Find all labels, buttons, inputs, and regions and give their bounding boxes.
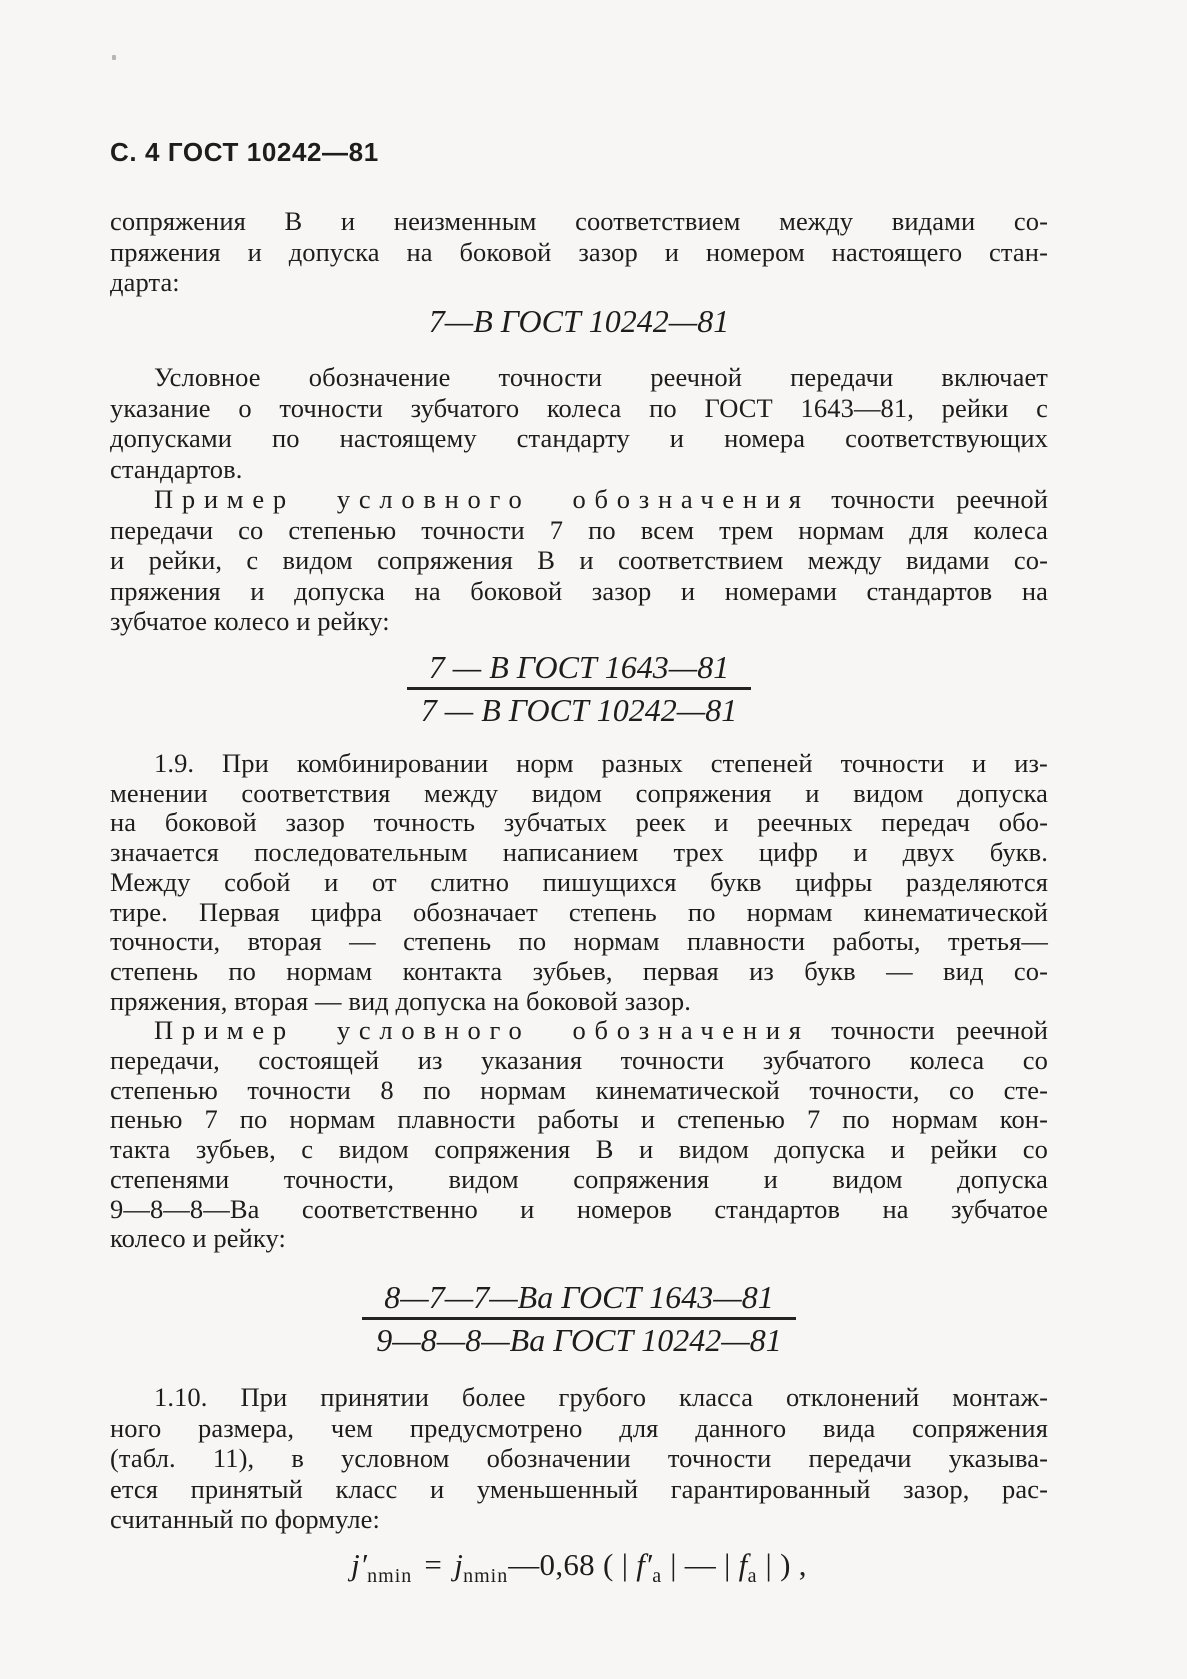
document-page: С. 4 ГОСТ 10242—81 сопряжения В и неизме… (0, 0, 1187, 1679)
text-line: на боковой зазор точность зубчатых реек … (110, 808, 1048, 838)
fraction-denominator: 9—8—8—Ва ГОСТ 10242—81 (362, 1317, 795, 1357)
text-line: (табл. 11), в условном обозначении точно… (110, 1443, 1048, 1474)
text-line: ется принятый класс и уменьшенный гарант… (110, 1474, 1048, 1505)
fraction-numerator: 8—7—7—Ва ГОСТ 1643—81 (362, 1280, 795, 1317)
text-line: сопряжения В и неизменным соответствием … (110, 206, 1048, 237)
text-line: значается последовательным написанием тр… (110, 838, 1048, 868)
page-header: С. 4 ГОСТ 10242—81 (110, 137, 379, 168)
text-line: Пример условного обозначения точности ре… (110, 484, 1048, 515)
formula-variable: j (454, 1547, 463, 1582)
formula-variable: f′ (636, 1547, 652, 1582)
text-line: считанный по формуле: (110, 1504, 1048, 1535)
paragraph-d: 1.10. При принятии более грубого класса … (110, 1382, 1048, 1535)
fraction-numerator: 7 — В ГОСТ 1643—81 (407, 650, 751, 687)
formula-jnmin: j′nmin = jnmin—0,68 ( | f′a | — | fa | )… (110, 1547, 1048, 1594)
equals-sign: = (412, 1547, 454, 1582)
text-line: Между собой и от слитно пишущихся букв ц… (110, 868, 1048, 898)
text-line: стандартов. (110, 454, 1048, 485)
text-line: 9—8—8—Ва соответственно и номеров станда… (110, 1195, 1048, 1225)
formula-subscript: nmin (463, 1565, 508, 1587)
formula-subscript: a (652, 1565, 662, 1587)
formula-subscript: nmin (367, 1565, 412, 1587)
formula-fraction-1: 7 — В ГОСТ 1643—817 — В ГОСТ 10242—81 (110, 650, 1048, 727)
paragraph-b: Условное обозначение точности реечной пе… (110, 362, 1048, 637)
text-line: Условное обозначение точности реечной пе… (110, 362, 1048, 393)
text-line: степенями точности, видом сопряжения и в… (110, 1165, 1048, 1195)
formula-fraction-2: 8—7—7—Ва ГОСТ 1643—819—8—8—Ва ГОСТ 10242… (110, 1280, 1048, 1357)
text-line: колесо и рейку: (110, 1224, 1048, 1254)
text-line: 1.10. При принятии более грубого класса … (110, 1382, 1048, 1413)
spaced-emphasis: Пример условного обозначения (154, 1015, 810, 1045)
spaced-emphasis: Пример условного обозначения (154, 484, 810, 514)
formula-variable: j′ (351, 1547, 367, 1582)
text-line: степень по нормам контакта зубьев, перва… (110, 957, 1048, 987)
formula-text: 7—В ГОСТ 10242—81 (429, 303, 729, 339)
text-line: пряжения и допуска на боковой зазор и но… (110, 576, 1048, 607)
paragraph-a: сопряжения В и неизменным соответствием … (110, 206, 1048, 298)
text-line: степенью точности 8 по нормам кинематиче… (110, 1076, 1048, 1106)
scan-speck (112, 55, 116, 60)
text-line: тире. Первая цифра обозначает степень по… (110, 898, 1048, 928)
formula-text: —0,68 ( | (508, 1547, 636, 1582)
text-line: пряжения, вторая — вид допуска на боково… (110, 987, 1048, 1017)
text-line: Пример условного обозначения точности ре… (110, 1016, 1048, 1046)
text-line: допусками по настоящему стандарту и номе… (110, 423, 1048, 454)
text-line: зубчатое колесо и рейку: (110, 606, 1048, 637)
text-run: точности реечной (810, 484, 1048, 514)
text-line: передачи со степенью точности 7 по всем … (110, 515, 1048, 546)
text-line: пряжения и допуска на боковой зазор и но… (110, 237, 1048, 268)
text-line: пенью 7 по нормам плавности работы и сте… (110, 1105, 1048, 1135)
fraction: 7 — В ГОСТ 1643—817 — В ГОСТ 10242—81 (407, 650, 751, 727)
fraction: 8—7—7—Ва ГОСТ 1643—819—8—8—Ва ГОСТ 10242… (362, 1280, 795, 1357)
text-line: точности, вторая — степень по нормам пла… (110, 927, 1048, 957)
text-line: передачи, состоящей из указания точности… (110, 1046, 1048, 1076)
formula-variable: f (739, 1547, 748, 1582)
text-line: указание о точности зубчатого колеса по … (110, 393, 1048, 424)
fraction-denominator: 7 — В ГОСТ 10242—81 (407, 687, 751, 727)
text-line: ного размера, чем предусмотрено для данн… (110, 1413, 1048, 1444)
formula-text: | ) , (757, 1547, 806, 1582)
text-line: дарта: (110, 267, 1048, 298)
text-run: точности реечной (810, 1015, 1048, 1045)
text-line: такта зубьев, с видом сопряжения В и вид… (110, 1135, 1048, 1165)
text-line: и рейки, с видом сопряжения В и соответс… (110, 545, 1048, 576)
text-line: 1.9. При комбинировании норм разных степ… (110, 749, 1048, 779)
formula-text: | — | (662, 1547, 739, 1582)
formula-designation-1: 7—В ГОСТ 10242—81 (110, 303, 1048, 339)
paragraph-c: 1.9. При комбинировании норм разных степ… (110, 749, 1048, 1254)
formula-subscript: a (748, 1565, 758, 1587)
text-line: менении соответствия между видом сопряже… (110, 779, 1048, 809)
